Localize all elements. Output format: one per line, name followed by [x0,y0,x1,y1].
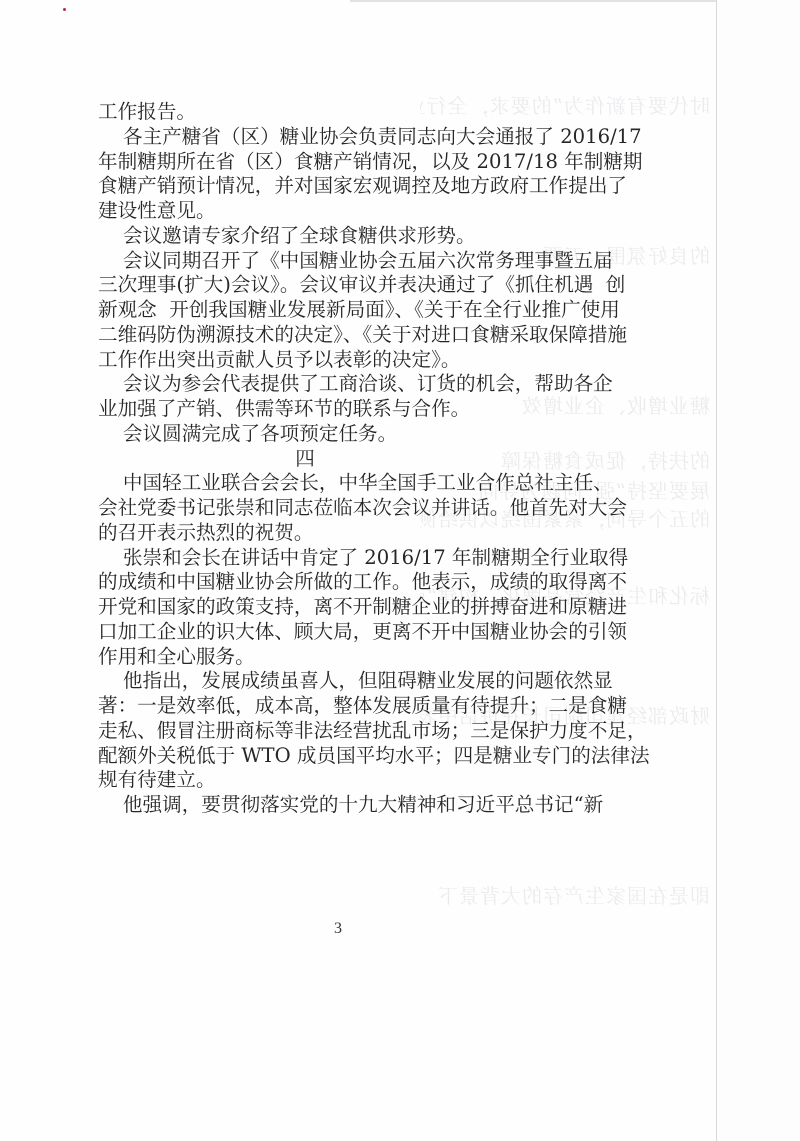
bleed-through-line: 即是在国家生产存的大背景下 [420,880,710,909]
text-line: 他强调，要贯彻落实党的十九大精神和习近平总书记“新 [98,793,512,818]
text-line: 的成绩和中国糖业协会所做的工作。他表示，成绩的取得离不 [98,570,512,595]
text-line: 各主产糖省（区）糖业协会负责同志向大会通报了 2016/17 [98,125,512,150]
text-line: 走私、假冒注册商标等非法经营扰乱市场；三是保护力度不足， [98,719,512,744]
text-line: 食糖产销预计情况，并对国家宏观调控及地方政府工作提出了 [98,174,512,199]
text-line: 建设性意见。 [98,199,512,224]
text-line: 工作报告。 [98,100,512,125]
text-line: 作用和全心服务。 [98,645,512,670]
text-line: 工作作出突出贡献人员予以表彰的决定》。 [98,348,512,373]
text-line: 会议邀请专家介绍了全球食糖供求形势。 [98,224,512,249]
scanned-page: 时代要有新作为”的要求，全行业要重点加强五方面 的良好氛围：五要 糖业增收、企业… [0,0,800,1141]
text-line: 二维码防伪溯源技术的决定》、《关于对进口食糖采取保障措施 [98,323,512,348]
ink-speck [63,8,66,11]
body-text: 工作报告。 各主产糖省（区）糖业协会负责同志向大会通报了 2016/17 年制糖… [98,100,618,818]
text-line: 著：一是效率低，成本高，整体发展质量有待提升；二是食糖 [98,694,512,719]
text-line: 年制糖期所在省（区）食糖产销情况，以及 2017/18 年制糖期 [98,150,512,175]
text-line: 业加强了产销、供需等环节的联系与合作。 [98,397,512,422]
paper-top-edge [350,0,716,2]
page-number: 3 [334,920,342,938]
text-line: 会议圆满完成了各项预定任务。 [98,422,512,447]
text-line: 会社党委书记张崇和同志莅临本次会议并讲话。他首先对大会 [98,496,512,521]
paper-sheet: 时代要有新作为”的要求，全行业要重点加强五方面 的良好氛围：五要 糖业增收、企业… [0,0,717,1141]
text-line: 口加工企业的识大体、顾大局，更离不开中国糖业协会的引领 [98,620,512,645]
text-line: 会议同期召开了《中国糖业协会五届六次常务理事暨五届 [98,249,512,274]
text-line: 的召开表示热烈的祝贺。 [98,521,512,546]
text-line: 张崇和会长在讲话中肯定了 2016/17 年制糖期全行业取得 [98,546,512,571]
text-line: 新观念 开创我国糖业发展新局面》、《关于在全行业推广使用 [98,298,512,323]
text-line: 会议为参会代表提供了工商洽谈、订货的机会，帮助各企 [98,372,512,397]
text-line: 配额外关税低于 WTO 成员国平均水平；四是糖业专门的法律法 [98,744,512,769]
text-line: 他指出，发展成绩虽喜人，但阻碍糖业发展的问题依然显 [98,669,512,694]
text-line: 开党和国家的政策支持，离不开制糖企业的拼搏奋进和原糖进 [98,595,512,620]
section-heading: 四 [98,447,512,472]
text-line: 规有待建立。 [98,768,512,793]
text-line: 三次理事(扩大)会议》。会议审议并表决通过了《抓住机遇 创 [98,273,512,298]
text-line: 中国轻工业联合会会长，中华全国手工业合作总社主任、 [98,471,512,496]
